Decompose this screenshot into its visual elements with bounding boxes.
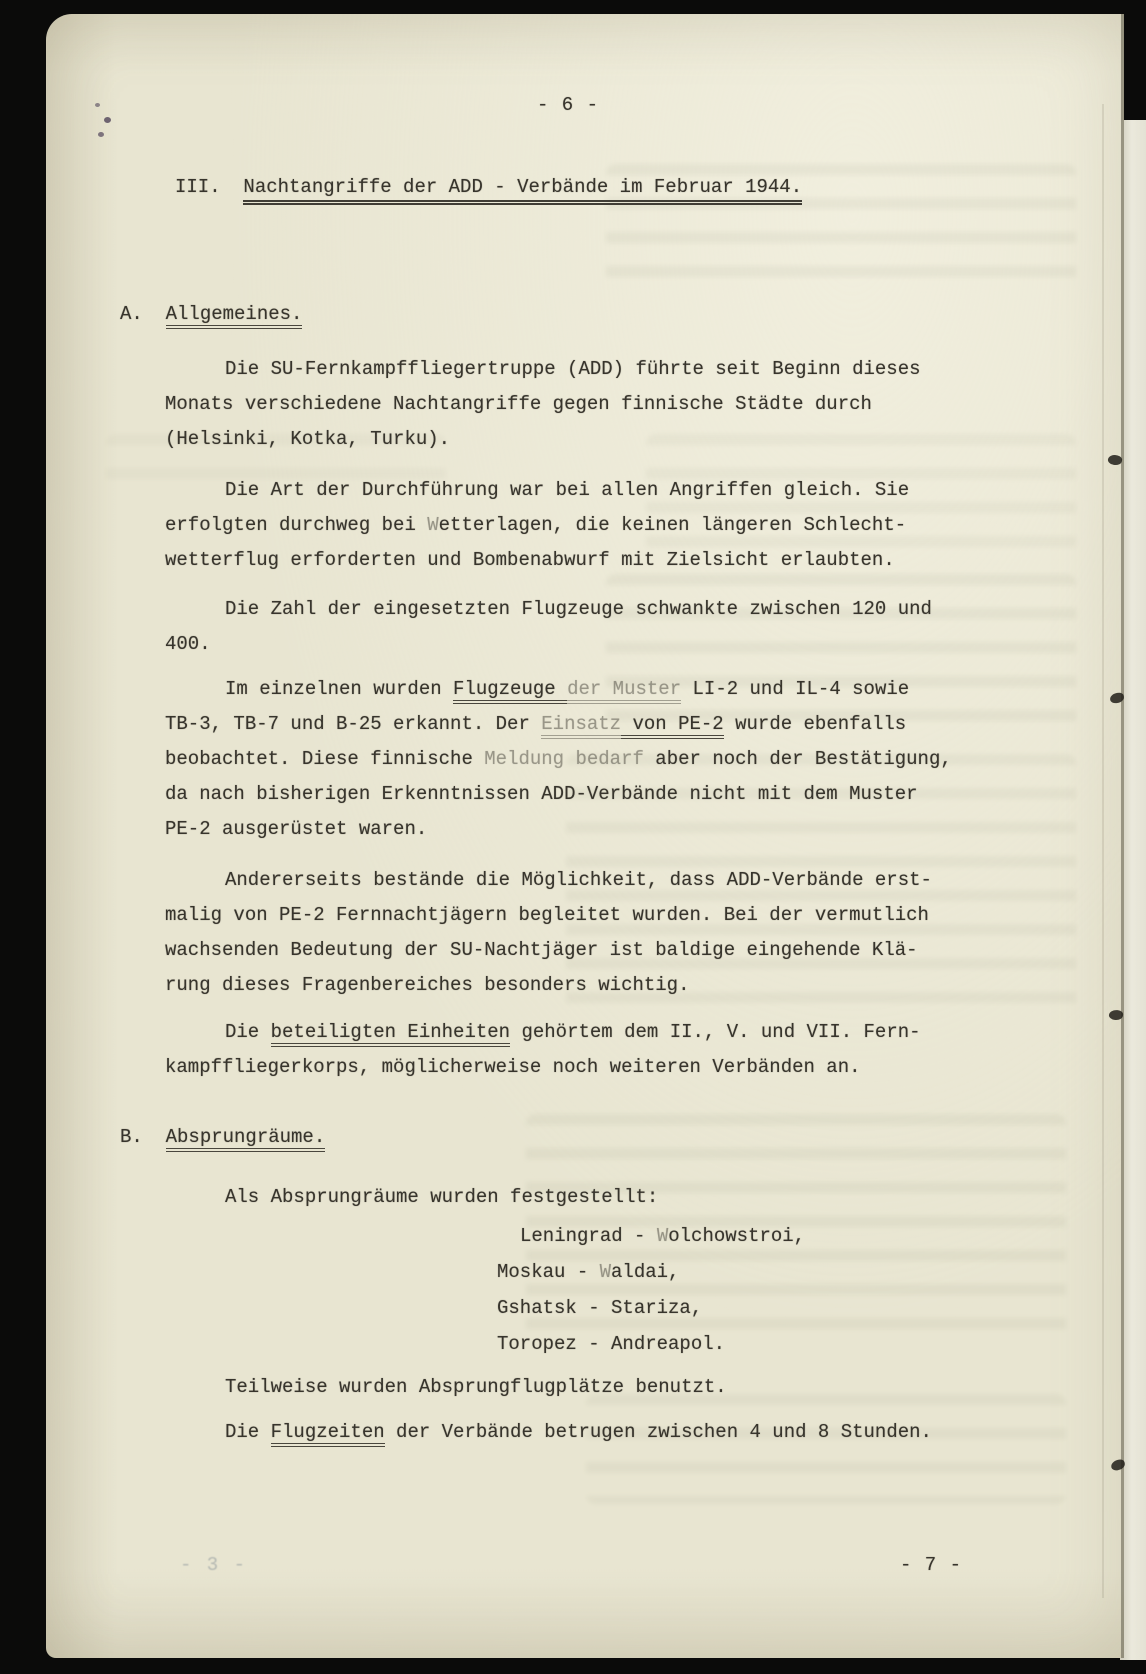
text-line: erfolgten durchweg bei Wetterlagen, die …	[165, 508, 909, 543]
underlined-text: beteiligten Einheiten	[271, 1021, 510, 1047]
text-line: Gshatsk - Stariza,	[165, 1290, 805, 1326]
text-line: Als Absprungräume wurden festgestellt:	[165, 1180, 658, 1215]
text-segment: Im einzelnen wurden	[225, 678, 453, 700]
para-5: Andererseits bestände die Möglichkeit, d…	[165, 863, 932, 1003]
text-line: da nach bisherigen Erkenntnissen ADD-Ver…	[165, 777, 952, 812]
text-segment: - 7 -	[900, 1554, 962, 1576]
text-segment: Die	[225, 1021, 271, 1043]
text-line: Monats verschiedene Nachtangriffe gegen …	[165, 387, 921, 422]
text-segment: Gshatsk - Stariza,	[497, 1297, 702, 1319]
text-segment: W	[427, 514, 438, 536]
text-segment: wetterflug erforderten und Bombenabwurf …	[165, 549, 895, 571]
text-segment: malig von PE-2 Fernnachtjägern begleitet…	[165, 904, 929, 926]
text-line: Die Zahl der eingesetzten Flugzeuge schw…	[165, 592, 932, 627]
text-segment: wachsenden Bedeutung der SU-Nachtjäger i…	[165, 939, 918, 961]
text-line: Toropez - Andreapol.	[165, 1326, 805, 1362]
title: III. Nachtangriffe der ADD - Verbände im…	[175, 170, 802, 205]
text-line: (Helsinki, Kotka, Turku).	[165, 422, 921, 457]
text-segment: rung dieses Fragenbereiches besonders wi…	[165, 974, 690, 996]
para-8: Teilweise wurden Absprungflugplätze benu…	[165, 1370, 727, 1405]
para-6: Die beteiligten Einheiten gehörtem dem I…	[165, 1015, 921, 1085]
text-segment: Die Zahl der eingesetzten Flugzeuge schw…	[225, 598, 932, 620]
text-segment: kampffliegerkorps, möglicherweise noch w…	[165, 1056, 861, 1078]
underlined-text: Nachtangriffe der ADD - Verbände im Febr…	[243, 176, 802, 205]
para-9: Die Flugzeiten der Verbände betrugen zwi…	[165, 1415, 932, 1450]
text-segment: LI-2 und IL-4 sowie	[681, 678, 909, 700]
staple-mark	[1110, 1458, 1126, 1471]
heading-a: A. Allgemeines.	[120, 297, 302, 332]
text-line: kampffliegerkorps, möglicherweise noch w…	[165, 1050, 921, 1085]
text-segment: B.	[120, 1126, 166, 1148]
para-7: Als Absprungräume wurden festgestellt:	[165, 1180, 658, 1215]
text-segment: Die	[225, 1421, 271, 1443]
text-segment: PE-2 ausgerüstet waren.	[165, 818, 427, 840]
text-line: Moskau - Waldai,	[165, 1254, 805, 1290]
staple-mark	[1109, 692, 1124, 704]
page-number-top: - 6 -	[537, 88, 599, 123]
text-segment: Die SU-Fernkampffliegertruppe (ADD) führ…	[225, 358, 921, 380]
text-line: wachsenden Bedeutung der SU-Nachtjäger i…	[165, 933, 932, 968]
text-segment: olchowstroi,	[668, 1225, 805, 1247]
underlined-text: Einsatz	[541, 713, 621, 739]
text-segment: Andererseits bestände die Möglichkeit, d…	[225, 869, 932, 891]
page-number-bottom: - 7 -	[900, 1548, 962, 1583]
text-line: - 7 -	[900, 1548, 962, 1583]
text-line: A. Allgemeines.	[120, 297, 302, 332]
text-line: Teilweise wurden Absprungflugplätze benu…	[165, 1370, 727, 1405]
underlined-text: Absprungräume.	[166, 1126, 326, 1152]
text-segment: - 6 -	[537, 94, 599, 116]
text-segment: beobachtet. Diese finnische	[165, 748, 484, 770]
text-line: Die beteiligten Einheiten gehörtem dem I…	[165, 1015, 921, 1050]
text-line: Die Art der Durchführung war bei allen A…	[165, 473, 909, 508]
text-line: Die Flugzeiten der Verbände betrugen zwi…	[165, 1415, 932, 1450]
text-line: malig von PE-2 Fernnachtjägern begleitet…	[165, 898, 932, 933]
text-line: beobachtet. Diese finnische Meldung beda…	[165, 742, 952, 777]
text-segment: da nach bisherigen Erkenntnissen ADD-Ver…	[165, 783, 918, 805]
text-line: B. Absprungräume.	[120, 1120, 325, 1155]
ink-speck	[95, 103, 100, 107]
bleed-through-page-number: - 3 -	[180, 1554, 247, 1576]
text-segment: A.	[120, 303, 166, 325]
text-segment: Die Art der Durchführung war bei allen A…	[225, 479, 909, 501]
text-line: Leningrad - Wolchowstroi,	[165, 1218, 805, 1254]
text-segment: Teilweise wurden Absprungflugplätze benu…	[225, 1376, 727, 1398]
text-line: Die SU-Fernkampffliegertruppe (ADD) führ…	[165, 352, 921, 387]
para-3: Die Zahl der eingesetzten Flugzeuge schw…	[165, 592, 932, 662]
staple-mark	[1109, 1009, 1124, 1020]
text-segment: (Helsinki, Kotka, Turku).	[165, 428, 450, 450]
text-segment: W	[657, 1225, 668, 1247]
text-segment: der Verbände betrugen zwischen 4 und 8 S…	[385, 1421, 932, 1443]
text-segment: Monats verschiedene Nachtangriffe gegen …	[165, 393, 872, 415]
text-segment: III.	[175, 176, 243, 198]
document-page: - 6 -III. Nachtangriffe der ADD - Verbän…	[46, 14, 1124, 1658]
ink-speck	[98, 132, 104, 137]
para-2: Die Art der Durchführung war bei allen A…	[165, 473, 909, 578]
text-segment: aldai,	[611, 1261, 679, 1283]
underlined-text: der Muster	[567, 678, 681, 704]
paper-crease-line	[1102, 104, 1104, 1598]
text-line: - 6 -	[537, 88, 599, 123]
text-segment: W	[600, 1261, 611, 1283]
text-line: TB-3, TB-7 und B-25 erkannt. Der Einsatz…	[165, 707, 952, 742]
text-segment: erfolgten durchweg bei	[165, 514, 427, 536]
para-4: Im einzelnen wurden Flugzeuge der Muster…	[165, 672, 952, 847]
underlined-text: Flugzeuge	[453, 678, 567, 704]
document-body: - 6 -III. Nachtangriffe der ADD - Verbän…	[165, 14, 1065, 1658]
text-line: Andererseits bestände die Möglichkeit, d…	[165, 863, 932, 898]
text-segment: Moskau -	[497, 1261, 600, 1283]
text-segment: 400.	[165, 633, 211, 655]
text-segment: gehörtem dem II., V. und VII. Fern-	[510, 1021, 920, 1043]
heading-b: B. Absprungräume.	[120, 1120, 325, 1155]
underlined-text: Flugzeiten	[271, 1421, 385, 1447]
text-segment: etterlagen, die keinen längeren Schlecht…	[439, 514, 906, 536]
para-1: Die SU-Fernkampffliegertruppe (ADD) führ…	[165, 352, 921, 457]
photo-background: { "doc": { "colors": { "paper": "#e8e5d1…	[0, 0, 1146, 1674]
text-line: rung dieses Fragenbereiches besonders wi…	[165, 968, 932, 1003]
underlined-text: von PE-2	[621, 713, 724, 739]
text-segment: aber noch der Bestätigung,	[644, 748, 952, 770]
text-segment: Leningrad -	[520, 1225, 657, 1247]
list-1: Leningrad - Wolchowstroi,Moskau - Waldai…	[165, 1218, 805, 1362]
underlined-text: Allgemeines.	[166, 303, 303, 329]
ink-speck	[104, 117, 111, 123]
text-line: 400.	[165, 627, 932, 662]
staple-mark	[1107, 454, 1123, 467]
text-segment: TB-3, TB-7 und B-25 erkannt. Der	[165, 713, 541, 735]
text-line: PE-2 ausgerüstet waren.	[165, 812, 952, 847]
text-segment: Als Absprungräume wurden festgestellt:	[225, 1186, 658, 1208]
text-line: Im einzelnen wurden Flugzeuge der Muster…	[165, 672, 952, 707]
text-segment: Toropez - Andreapol.	[497, 1333, 725, 1355]
text-line: wetterflug erforderten und Bombenabwurf …	[165, 543, 909, 578]
text-line: III. Nachtangriffe der ADD - Verbände im…	[175, 170, 802, 205]
text-segment: wurde ebenfalls	[724, 713, 906, 735]
text-segment: Meldung bedarf	[484, 748, 644, 770]
